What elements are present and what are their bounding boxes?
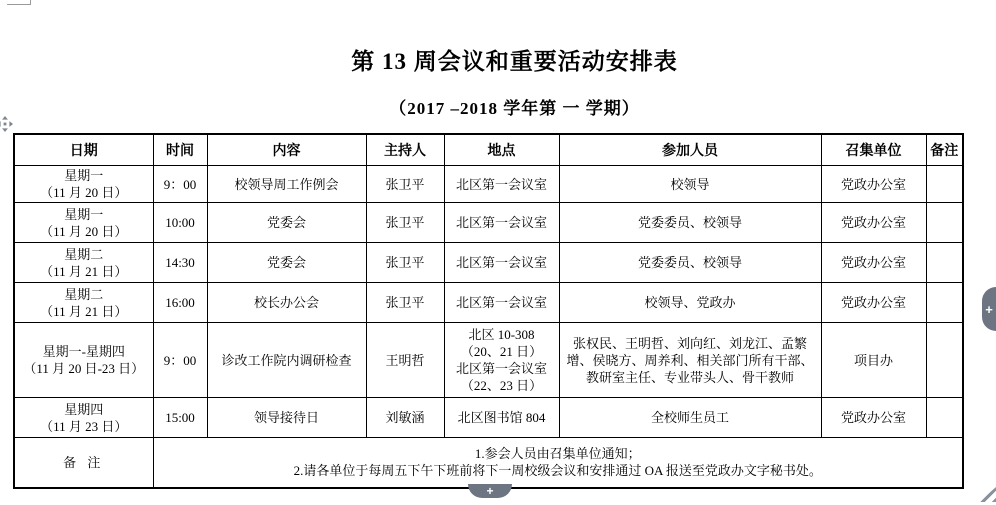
cell-date: 星期四 （11 月 23 日）: [14, 398, 153, 438]
cell-note: [926, 398, 963, 438]
cell-location: 北区第一会议室: [444, 283, 559, 323]
cell-content: 诊改工作院内调研检查: [207, 323, 366, 398]
table-body: 星期一 （11 月 20 日） 9：00 校领导周工作例会 张卫平 北区第一会议…: [14, 166, 963, 438]
right-expand-button[interactable]: +: [982, 287, 996, 331]
cell-note: [926, 283, 963, 323]
cell-organizer: 党政办公室: [821, 283, 926, 323]
cell-organizer: 党政办公室: [821, 398, 926, 438]
table-header: 日期 时间 内容 主持人 地点 参加人员 召集单位 备注: [14, 134, 963, 166]
table-row: 星期一 （11 月 20 日） 10:00 党委会 张卫平 北区第一会议室 党委…: [14, 203, 963, 243]
remark-row: 备 注 1.参会人员由召集单位通知； 2.请各单位于每周五下午下班前将下一周校级…: [14, 438, 963, 488]
plus-icon: +: [486, 486, 493, 496]
header-organizer: 召集单位: [821, 134, 926, 166]
cell-note: [926, 203, 963, 243]
cell-location: 北区 10-308 （20、21 日） 北区第一会议室 （22、23 日）: [444, 323, 559, 398]
cell-date: 星期一-星期四 （11 月 20 日-23 日）: [14, 323, 153, 398]
cell-time: 9：00: [153, 166, 207, 203]
page-corner-mark: [7, 0, 31, 5]
cell-time: 15:00: [153, 398, 207, 438]
cell-host: 张卫平: [366, 243, 444, 283]
table-row: 星期二 （11 月 21 日） 14:30 党委会 张卫平 北区第一会议室 党委…: [14, 243, 963, 283]
cell-participants: 校领导: [559, 166, 821, 203]
bottom-expand-button[interactable]: +: [468, 484, 512, 498]
table-row: 星期一 （11 月 20 日） 9：00 校领导周工作例会 张卫平 北区第一会议…: [14, 166, 963, 203]
schedule-table: 日期 时间 内容 主持人 地点 参加人员 召集单位 备注 星期一 （11 月 2…: [13, 133, 964, 489]
header-content: 内容: [207, 134, 366, 166]
cell-note: [926, 323, 963, 398]
cell-time: 10:00: [153, 203, 207, 243]
cell-date: 星期二 （11 月 21 日）: [14, 243, 153, 283]
cell-content: 校领导周工作例会: [207, 166, 366, 203]
cell-time: 14:30: [153, 243, 207, 283]
header-participants: 参加人员: [559, 134, 821, 166]
remark-label: 备 注: [14, 438, 153, 488]
cell-participants: 全校师生员工: [559, 398, 821, 438]
header-host: 主持人: [366, 134, 444, 166]
cell-organizer: 党政办公室: [821, 166, 926, 203]
cell-location: 北区第一会议室: [444, 203, 559, 243]
cell-date: 星期二 （11 月 21 日）: [14, 283, 153, 323]
cell-location: 北区第一会议室: [444, 243, 559, 283]
cell-note: [926, 243, 963, 283]
document-header: 第 13 周会议和重要活动安排表 （2017 –2018 学年第 一 学期）: [33, 46, 996, 122]
table-move-handle[interactable]: [0, 116, 13, 132]
cell-location: 北区图书馆 804: [444, 398, 559, 438]
cell-date: 星期一 （11 月 20 日）: [14, 203, 153, 243]
cell-note: [926, 166, 963, 203]
header-row: 日期 时间 内容 主持人 地点 参加人员 召集单位 备注: [14, 134, 963, 166]
page-subtitle: （2017 –2018 学年第 一 学期）: [33, 96, 996, 122]
header-location: 地点: [444, 134, 559, 166]
cell-host: 刘敏涵: [366, 398, 444, 438]
cell-time: 16:00: [153, 283, 207, 323]
move-icon: [0, 116, 13, 132]
header-date: 日期: [14, 134, 153, 166]
cell-host: 张卫平: [366, 166, 444, 203]
cell-content: 领导接待日: [207, 398, 366, 438]
cell-organizer: 项目办: [821, 323, 926, 398]
table-row: 星期二 （11 月 21 日） 16:00 校长办公会 张卫平 北区第一会议室 …: [14, 283, 963, 323]
page-title: 第 13 周会议和重要活动安排表: [33, 46, 996, 78]
cell-host: 张卫平: [366, 203, 444, 243]
cell-content: 校长办公会: [207, 283, 366, 323]
table-row: 星期一-星期四 （11 月 20 日-23 日） 9：00 诊改工作院内调研检查…: [14, 323, 963, 398]
cell-host: 张卫平: [366, 283, 444, 323]
cell-content: 党委会: [207, 203, 366, 243]
cell-location: 北区第一会议室: [444, 166, 559, 203]
cell-participants: 校领导、党政办: [559, 283, 821, 323]
cell-organizer: 党政办公室: [821, 243, 926, 283]
cell-time: 9：00: [153, 323, 207, 398]
resize-grip-icon[interactable]: [979, 487, 996, 502]
cell-participants: 党委委员、校领导: [559, 243, 821, 283]
cell-participants: 张权民、王明哲、刘向红、刘龙江、孟繁增、侯晓方、周养利、相关部门所有干部、教研室…: [559, 323, 821, 398]
cell-host: 王明哲: [366, 323, 444, 398]
cell-content: 党委会: [207, 243, 366, 283]
remark-body: 备 注 1.参会人员由召集单位通知； 2.请各单位于每周五下午下班前将下一周校级…: [14, 438, 963, 488]
header-note: 备注: [926, 134, 963, 166]
cell-organizer: 党政办公室: [821, 203, 926, 243]
cell-participants: 党委委员、校领导: [559, 203, 821, 243]
table-row: 星期四 （11 月 23 日） 15:00 领导接待日 刘敏涵 北区图书馆 80…: [14, 398, 963, 438]
remark-content: 1.参会人员由召集单位通知； 2.请各单位于每周五下午下班前将下一周校级会议和安…: [153, 438, 963, 488]
plus-icon: +: [985, 302, 993, 317]
cell-date: 星期一 （11 月 20 日）: [14, 166, 153, 203]
header-time: 时间: [153, 134, 207, 166]
